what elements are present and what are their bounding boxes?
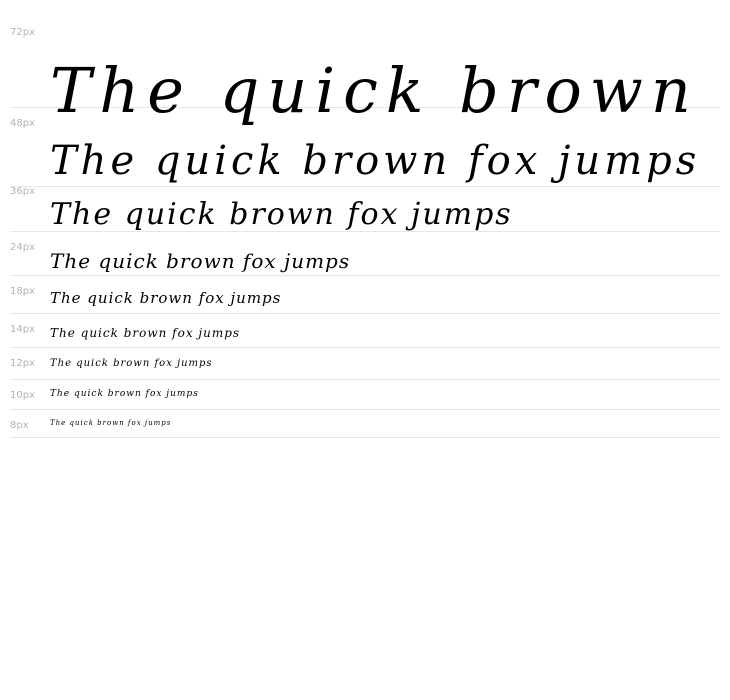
size-label: 14px xyxy=(10,324,35,335)
size-row-48: 48px The quick brown fox jumps xyxy=(10,107,720,187)
sample-text: The quick brown fox jumps xyxy=(50,359,213,369)
size-row-36: 36px The quick brown fox jumps xyxy=(10,186,720,232)
size-row-12: 12px The quick brown fox jumps xyxy=(10,347,720,380)
sample-text: The quick brown fox jumps xyxy=(50,200,513,230)
size-row-8: 8px The quick brown fox jumps xyxy=(10,409,720,438)
size-label: 18px xyxy=(10,286,35,297)
size-row-72: 72px The quick brown xyxy=(10,20,720,108)
size-row-10: 10px The quick brown fox jumps xyxy=(10,379,720,410)
size-row-18: 18px The quick brown fox jumps xyxy=(10,275,720,314)
sample-text: The quick brown fox jumps xyxy=(50,390,199,399)
size-label: 8px xyxy=(10,420,29,431)
sample-text: The quick brown fox jumps xyxy=(50,291,281,306)
size-row-14: 14px The quick brown fox jumps xyxy=(10,313,720,348)
size-label: 12px xyxy=(10,358,35,369)
sample-text: The quick brown fox jumps xyxy=(50,251,350,271)
size-label: 10px xyxy=(10,390,35,401)
size-row-24: 24px The quick brown fox jumps xyxy=(10,231,720,276)
size-label: 72px xyxy=(10,27,35,38)
sample-text: The quick brown fox jumps xyxy=(50,141,700,181)
size-label: 24px xyxy=(10,242,35,253)
size-label: 36px xyxy=(10,186,35,197)
sample-text: The quick brown fox jumps xyxy=(50,420,171,427)
size-label: 48px xyxy=(10,118,35,129)
sample-text: The quick brown fox jumps xyxy=(50,327,240,339)
